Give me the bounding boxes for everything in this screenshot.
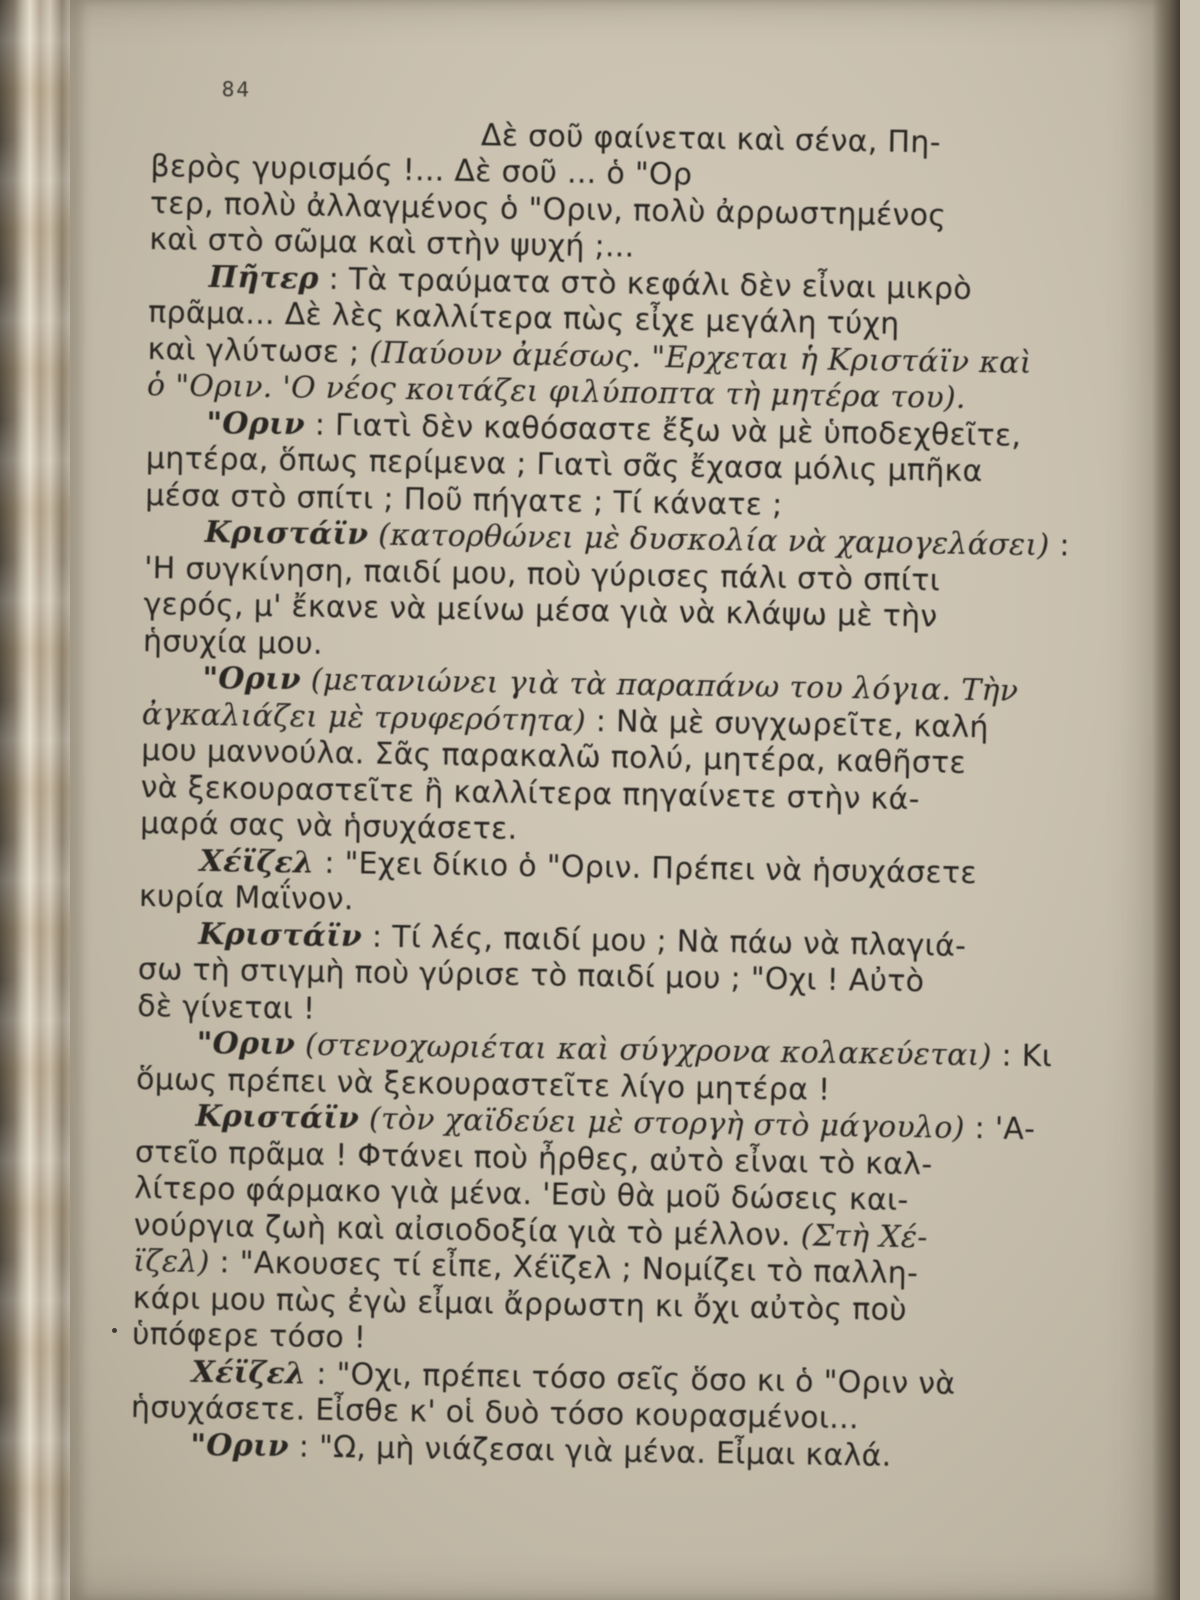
speaker-name: Κριστάϊν xyxy=(204,515,368,553)
page-text: 84 Δὲ σοῦ φαίνεται καὶ σένα, Πη-βερὸς γυ… xyxy=(130,70,1152,1479)
speaker-name: Κριστάϊν xyxy=(195,1099,359,1137)
line-text: : Νὰ μὲ συγχωρεῖτε, καλή xyxy=(586,703,989,744)
stage-direction: ϊζελ) xyxy=(133,1244,210,1280)
line-text: : xyxy=(1049,528,1070,563)
line-text: μαρά σας νὰ ἡσυχάσετε. xyxy=(140,806,518,847)
stage-direction: ἀγκαλιάζει μὲ τρυφερότητα) xyxy=(142,696,587,738)
speaker-name: Χέϊζελ xyxy=(191,1354,306,1391)
stage-direction: (Στὴ Χέ- xyxy=(800,1218,928,1255)
ink-speck xyxy=(112,1328,117,1333)
speaker-name: "Οριν xyxy=(196,1026,295,1063)
speaker-name: Κριστάϊν xyxy=(198,916,362,954)
line-text: κυρία Μαΐνον. xyxy=(139,879,354,917)
text-lines: Δὲ σοῦ φαίνεται καὶ σένα, Πη-βερὸς γυρισ… xyxy=(130,112,1151,1478)
photo-scene: 84 Δὲ σοῦ φαίνεται καὶ σένα, Πη-βερὸς γυ… xyxy=(0,0,1200,1600)
line-text: : 'Α- xyxy=(964,1111,1035,1147)
line-text: : Κι xyxy=(991,1038,1052,1074)
speaker-name: "Οριν xyxy=(202,661,301,698)
line-text: δὲ γίνεται ! xyxy=(137,988,316,1026)
speaker-name: Χέϊζελ xyxy=(199,843,314,880)
gutter-shadow xyxy=(1152,0,1180,1600)
line-text: Δὲ σοῦ φαίνεται καὶ σένα, Πη- xyxy=(481,118,941,160)
line-text: ὑπόφερε τόσο ! xyxy=(132,1317,367,1356)
book-page-edges xyxy=(0,0,72,1600)
speaker-name: "Οριν xyxy=(206,405,305,442)
speaker-name: "Οριν xyxy=(190,1427,289,1464)
line-text: ἡσυχία μου. xyxy=(143,623,323,661)
line-text: καὶ στὸ σῶμα καὶ στὴν ψυχή ;... xyxy=(149,222,635,265)
speaker-name: Πῆτερ xyxy=(208,259,319,296)
line-text: καὶ γλύτωσε ; xyxy=(147,331,369,369)
